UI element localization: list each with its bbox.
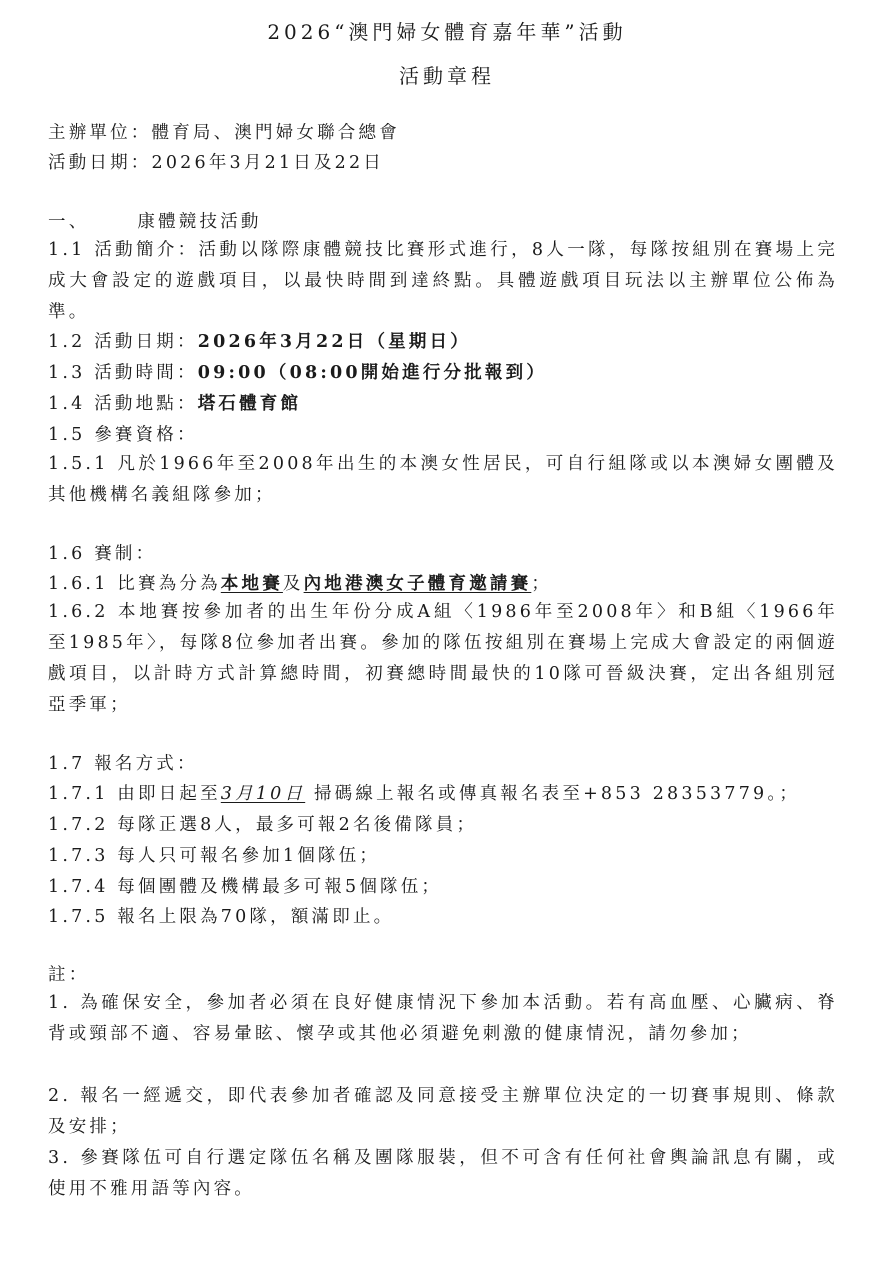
- clause-value: 2026年3月22日（星期日）: [198, 332, 471, 352]
- clause-1-5: 1.5 參賽資格：: [48, 424, 838, 446]
- clause-value: 塔石體育館: [198, 394, 302, 414]
- section-1-heading: 一、康體競技活動: [48, 211, 838, 233]
- clause-1-6-2: 1.6.2 本地賽按參加者的出生年份分成A組〈1986年至2008年〉和B組〈1…: [48, 597, 838, 721]
- section-number: 一、: [48, 212, 89, 232]
- organizer-line: 主辦單位：體育局、澳門婦女聯合總會: [48, 122, 838, 144]
- note-3: 3. 參賽隊伍可自行選定隊伍名稱及團隊服裝，但不可含有任何社會輿論訊息有關，或使…: [48, 1143, 838, 1205]
- document-subtitle: 活動章程: [0, 60, 894, 89]
- document-page: 2026“澳門婦女體育嘉年華”活動 活動章程 主辦單位：體育局、澳門婦女聯合總會…: [0, 0, 894, 1275]
- organizer-label: 主辦單位：: [48, 123, 152, 143]
- clause-1-7-5: 1.7.5 報名上限為70隊，額滿即止。: [48, 906, 838, 928]
- clause-1-7-4: 1.7.4 每個團體及機構最多可報5個隊伍；: [48, 876, 838, 898]
- clause-1-4: 1.4 活動地點：塔石體育館: [48, 393, 838, 415]
- clause-label: 1.4 活動地點：: [48, 394, 198, 414]
- section-title: 康體競技活動: [137, 212, 261, 232]
- clause-1-6-1: 1.6.1 比賽為分為本地賽及內地港澳女子體育邀請賽；: [48, 573, 838, 595]
- registration-deadline: 3月10日: [221, 784, 305, 804]
- note-2: 2. 報名一經遞交，即代表參加者確認及同意接受主辦單位決定的一切賽事規則、條款及…: [48, 1081, 838, 1143]
- clause-1-5-1: 1.5.1 凡於1966年至2008年出生的本澳女性居民，可自行組隊或以本澳婦女…: [48, 449, 838, 511]
- clause-1-3: 1.3 活動時間：09:00（08:00開始進行分批報到）: [48, 362, 838, 384]
- clause-label: 1.3 活動時間：: [48, 363, 198, 383]
- local-competition-term: 本地賽: [221, 574, 283, 594]
- clause-1-7-3: 1.7.3 每人只可報名參加1個隊伍；: [48, 845, 838, 867]
- clause-text: 1.7.1 由即日起至: [48, 784, 221, 804]
- invitational-competition-term: 內地港澳女子體育邀請賽: [304, 574, 532, 594]
- clause-1-7-1: 1.7.1 由即日起至3月10日 掃碼線上報名或傳真報名表至+853 28353…: [48, 783, 838, 805]
- clause-1-7: 1.7 報名方式：: [48, 753, 838, 775]
- clause-text: ；: [531, 574, 552, 594]
- organizer-value: 體育局、澳門婦女聯合總會: [152, 123, 400, 143]
- notes-label: 註：: [48, 964, 838, 986]
- clause-1-2: 1.2 活動日期：2026年3月22日（星期日）: [48, 331, 838, 353]
- clause-text: 掃碼線上報名或傳真報名表至+853 28353779。；: [305, 784, 800, 804]
- event-date-label: 活動日期：: [48, 153, 152, 173]
- document-title: 2026“澳門婦女體育嘉年華”活動: [0, 16, 894, 45]
- clause-1-6: 1.6 賽制：: [48, 543, 838, 565]
- event-date-line: 活動日期：2026年3月21日及22日: [48, 152, 838, 174]
- clause-text: 及: [283, 574, 304, 594]
- clause-value: 09:00（08:00開始進行分批報到）: [198, 363, 547, 383]
- clause-1-7-2: 1.7.2 每隊正選8人，最多可報2名後備隊員；: [48, 814, 838, 836]
- clause-label: 1.2 活動日期：: [48, 332, 198, 352]
- clause-1-1: 1.1 活動簡介：活動以隊際康體競技比賽形式進行，8人一隊，每隊按組別在賽場上完…: [48, 235, 838, 328]
- event-date-value: 2026年3月21日及22日: [152, 153, 385, 173]
- clause-text: 1.6.1 比賽為分為: [48, 574, 221, 594]
- note-1: 1. 為確保安全，參加者必須在良好健康情況下參加本活動。若有高血壓、心臟病、脊背…: [48, 988, 838, 1050]
